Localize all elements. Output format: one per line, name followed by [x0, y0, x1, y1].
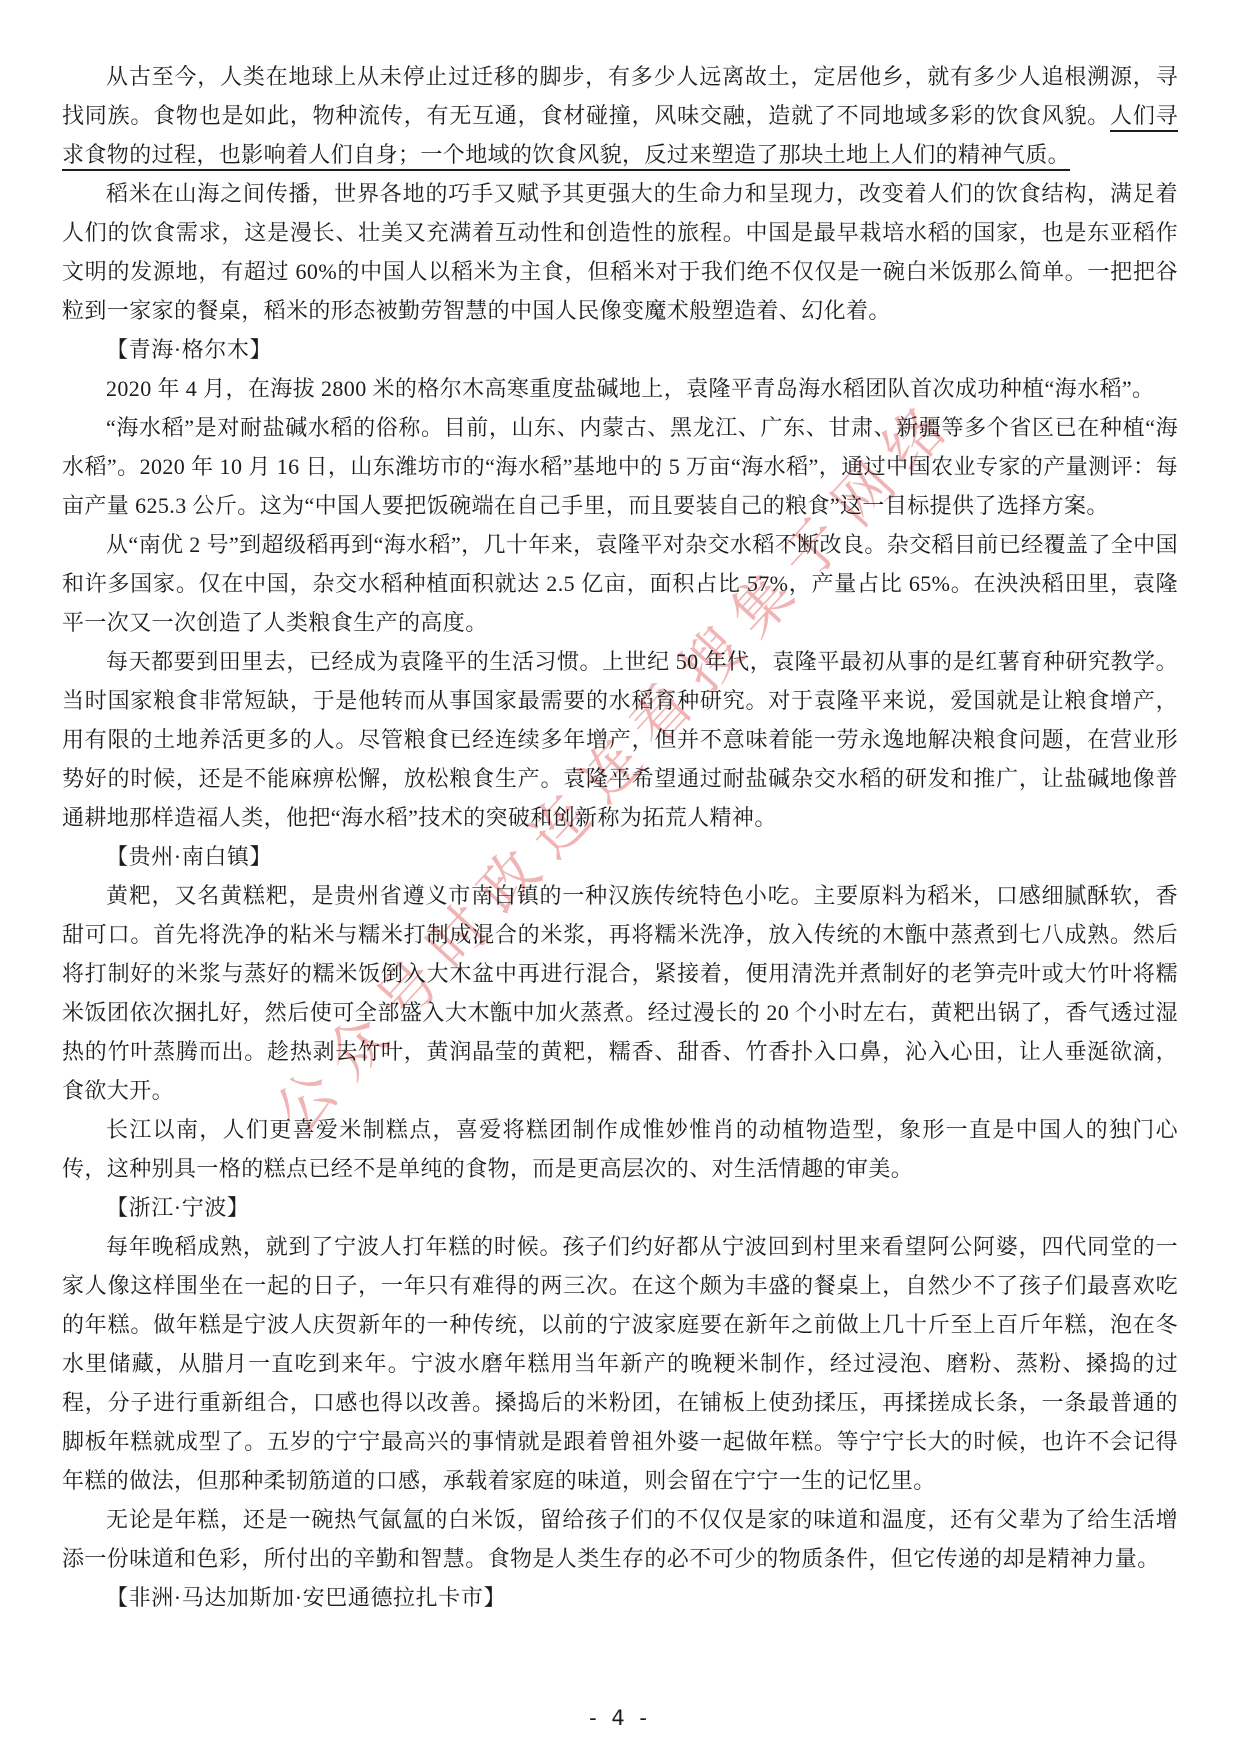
paragraph-text: 2020 年 4 月，在海拔 2800 米的格尔木高寒重度盐碱地上，袁隆平青岛海… [106, 376, 1154, 401]
paragraph: 每年晚稻成熟，就到了宁波人打年糕的时候。孩子们约好都从宁波回到村里来看望阿公阿婆… [62, 1227, 1178, 1500]
section-heading: 【非洲·马达加斯加·安巴通德拉扎卡市】 [62, 1578, 1178, 1617]
paragraph-text: 【非洲·马达加斯加·安巴通德拉扎卡市】 [106, 1585, 506, 1610]
paragraph: 长江以南，人们更喜爱米制糕点，喜爱将糕团制作成惟妙惟肖的动植物造型，象形一直是中… [62, 1110, 1178, 1188]
paragraph-text: “海水稻”是对耐盐碱水稻的俗称。目前，山东、内蒙古、黑龙江、广东、甘肃、新疆等多… [62, 415, 1178, 518]
section-heading: 【贵州·南白镇】 [62, 837, 1178, 876]
page-number: - 4 - [0, 1706, 1240, 1730]
paragraph: 从古至今，人类在地球上从未停止过迁移的脚步，有多少人远离故土，定居他乡，就有多少… [62, 57, 1178, 174]
paragraph-text: 【浙江·宁波】 [106, 1195, 250, 1220]
paragraph: 稻米在山海之间传播，世界各地的巧手又赋予其更强大的生命力和呈现力，改变着人们的饮… [62, 174, 1178, 330]
paragraph-text: 每天都要到田里去，已经成为袁隆平的生活习惯。上世纪 50 年代，袁隆平最初从事的… [62, 649, 1178, 830]
paragraph: 无论是年糕，还是一碗热气氤氲的白米饭，留给孩子们的不仅仅是家的味道和温度，还有父… [62, 1500, 1178, 1578]
paragraph-text: 从“南优 2 号”到超级稻再到“海水稻”，几十年来，袁隆平对杂交水稻不断改良。杂… [62, 532, 1178, 635]
paragraph-text: 黄粑，又名黄糕粑，是贵州省遵义市南白镇的一种汉族传统特色小吃。主要原料为稻米，口… [62, 883, 1178, 1103]
section-heading: 【青海·格尔木】 [62, 330, 1178, 369]
paragraph: 每天都要到田里去，已经成为袁隆平的生活习惯。上世纪 50 年代，袁隆平最初从事的… [62, 642, 1178, 837]
paragraph: “海水稻”是对耐盐碱水稻的俗称。目前，山东、内蒙古、黑龙江、广东、甘肃、新疆等多… [62, 408, 1178, 525]
paragraph-text: 每年晚稻成熟，就到了宁波人打年糕的时候。孩子们约好都从宁波回到村里来看望阿公阿婆… [62, 1234, 1178, 1493]
paragraph-text: 【贵州·南白镇】 [106, 844, 272, 869]
paragraph: 从“南优 2 号”到超级稻再到“海水稻”，几十年来，袁隆平对杂交水稻不断改良。杂… [62, 525, 1178, 642]
paragraph-text: 从古至今，人类在地球上从未停止过迁移的脚步，有多少人远离故土，定居他乡，就有多少… [62, 64, 1178, 128]
document-page: 公众号时政连连看搜集于网络 从古至今，人类在地球上从未停止过迁移的脚步，有多少人… [0, 0, 1240, 1754]
paragraph: 2020 年 4 月，在海拔 2800 米的格尔木高寒重度盐碱地上，袁隆平青岛海… [62, 369, 1178, 408]
paragraph: 黄粑，又名黄糕粑，是贵州省遵义市南白镇的一种汉族传统特色小吃。主要原料为稻米，口… [62, 876, 1178, 1110]
section-heading: 【浙江·宁波】 [62, 1188, 1178, 1227]
paragraph-text: 【青海·格尔木】 [106, 337, 272, 362]
document-body: 从古至今，人类在地球上从未停止过迁移的脚步，有多少人远离故土，定居他乡，就有多少… [62, 57, 1178, 1617]
paragraph-text: 长江以南，人们更喜爱米制糕点，喜爱将糕团制作成惟妙惟肖的动植物造型，象形一直是中… [62, 1117, 1178, 1181]
paragraph-text: 稻米在山海之间传播，世界各地的巧手又赋予其更强大的生命力和呈现力，改变着人们的饮… [62, 181, 1178, 323]
paragraph-text: 无论是年糕，还是一碗热气氤氲的白米饭，留给孩子们的不仅仅是家的味道和温度，还有父… [62, 1507, 1178, 1571]
